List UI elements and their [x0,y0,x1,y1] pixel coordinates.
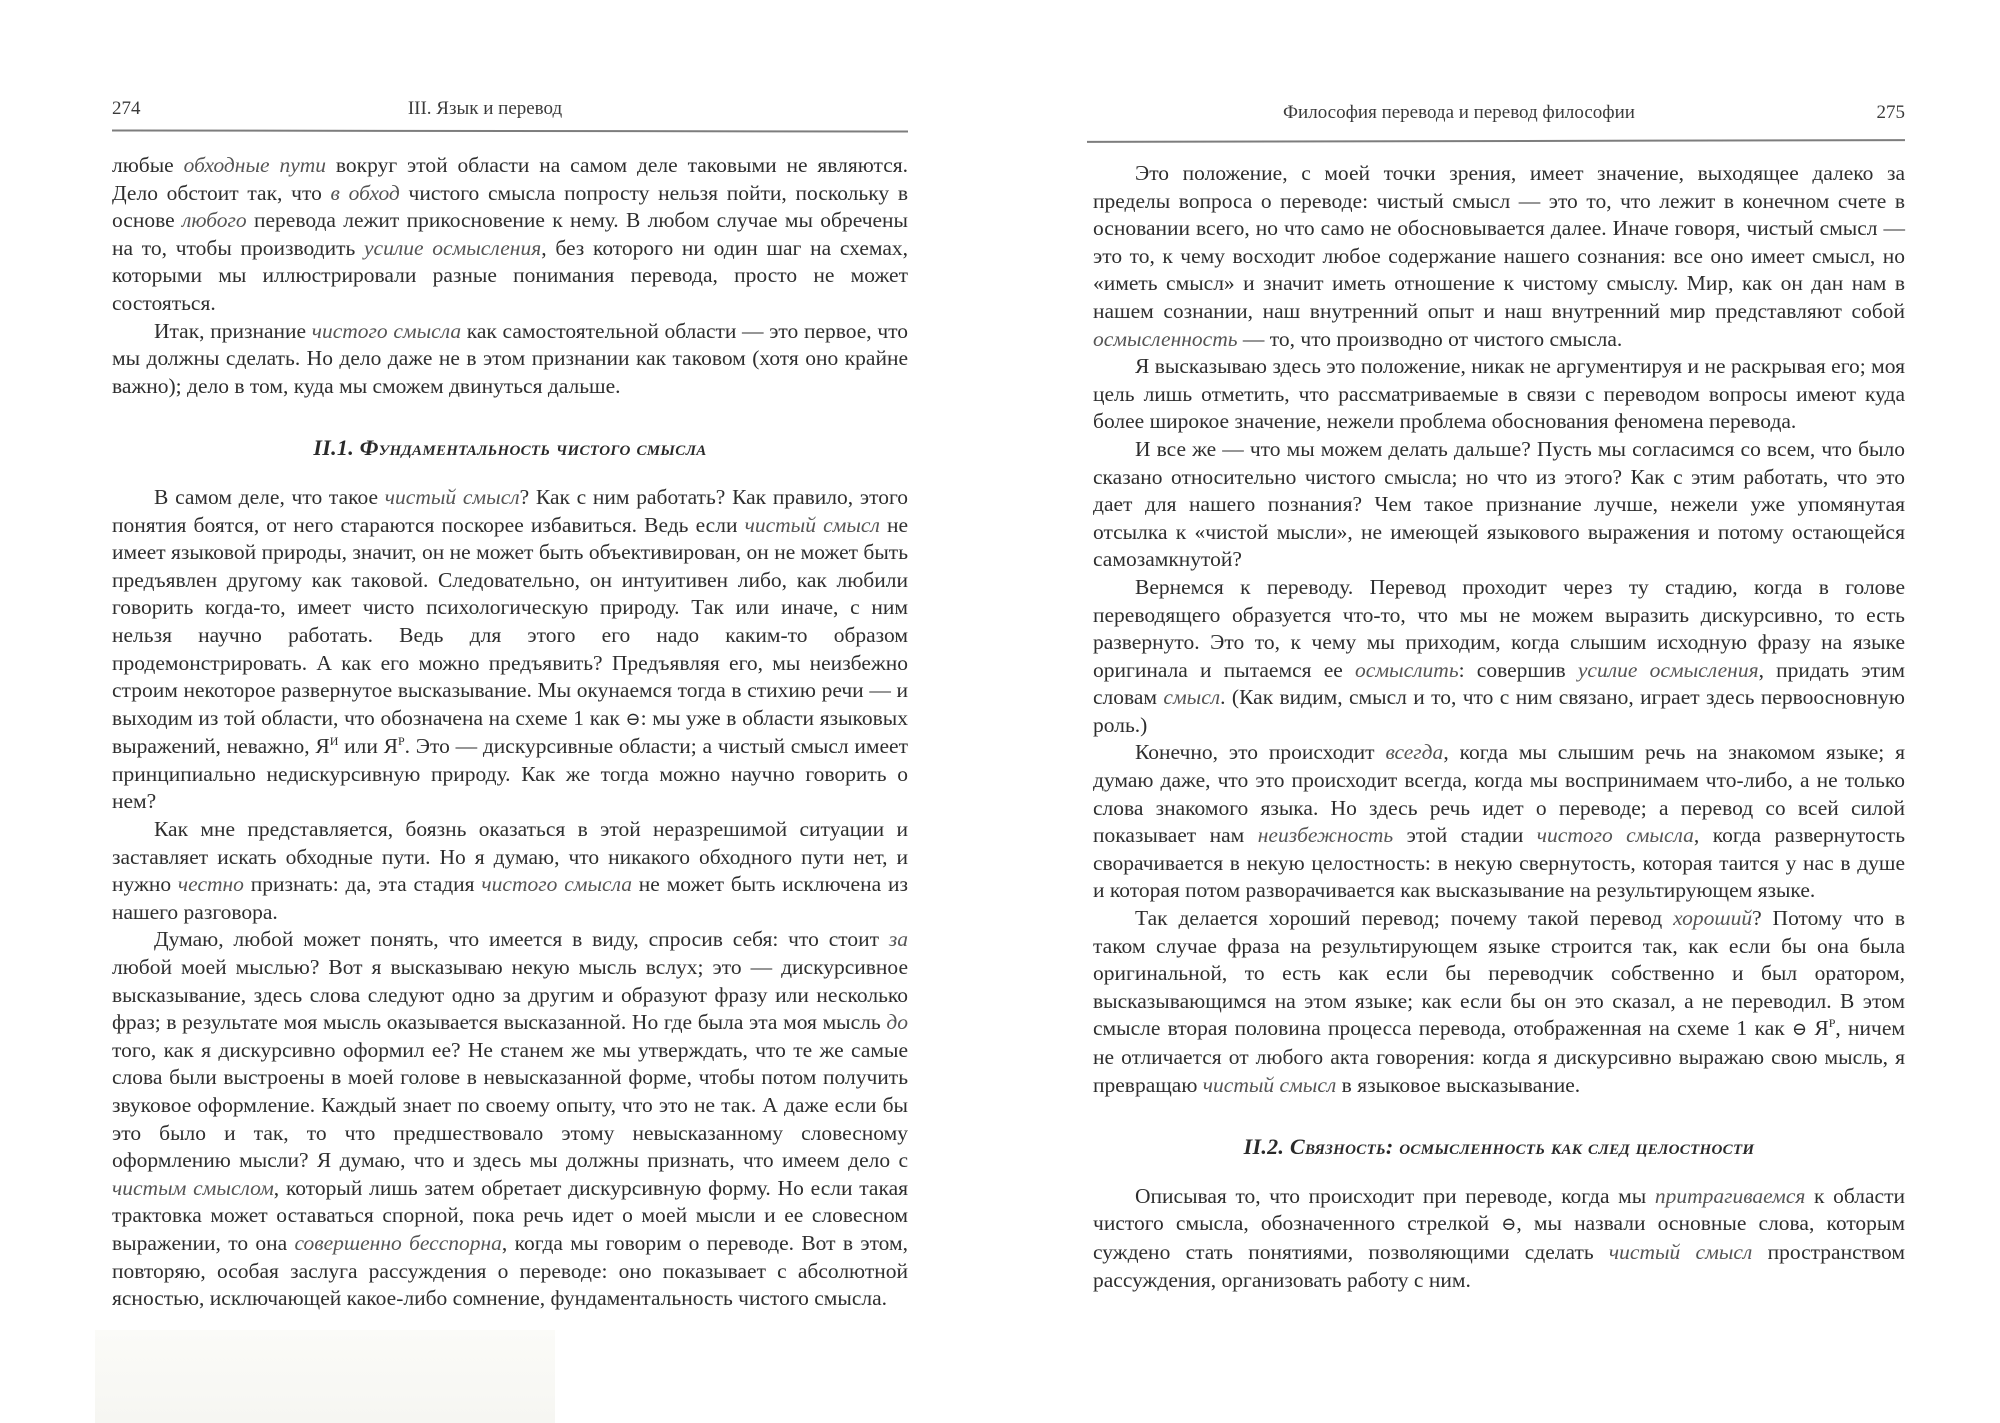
running-title: III. Язык и перевод [172,98,798,120]
text-run: или Я [338,734,398,758]
header-rule [1087,139,1905,143]
emphasis-text: чистый смысл [1609,1240,1752,1264]
emphasis-text: чистый смысл [745,513,880,537]
paragraph: любые обходные пути вокруг этой области … [112,152,908,318]
text-run: признать: да, эта стадия [244,872,481,896]
text-run: в языковое высказывание. [1336,1073,1580,1097]
text-run: Думаю, любой может понять, что имеется в… [154,927,889,951]
emphasis-text: притрагиваемся [1655,1184,1806,1208]
running-head-left: 274 III. Язык и перевод [112,98,908,128]
emphasis-text: до [886,1010,908,1034]
circled-arrow-icon: ⊖ [1501,1214,1516,1234]
text-run: не имеет языковой природы, значит, он не… [112,513,908,730]
emphasis-text: усилие осмысления [1578,658,1759,682]
page-number: 275 [1877,102,1906,124]
emphasis-text: за [889,927,908,951]
left-page: 274 III. Язык и перевод любые обходные п… [112,0,908,1423]
superscript: Р [398,734,405,748]
page-body: любые обходные пути вокруг этой области … [112,152,908,1313]
text-run: : совершив [1459,658,1578,682]
right-page: Философия перевода и перевод философии 2… [1093,0,1905,1423]
paragraph: Как мне представляется, боязнь оказаться… [112,816,908,926]
emphasis-text: усилие осмысления [364,236,541,260]
emphasis-text: чистого смысла [312,319,461,343]
emphasis-text: в обход [331,181,400,205]
emphasis-text: честно [178,872,244,896]
paragraph: Описывая то, что происходит при переводе… [1093,1183,1905,1294]
text-run: — то, что производно от чистого смысла. [1238,327,1623,351]
text-run: В самом деле, что такое [154,485,385,509]
text-run: Конечно, это происходит [1135,740,1385,764]
text-run: любые [112,153,184,177]
text-run: И все же — что мы можем делать дальше? П… [1093,437,1905,571]
page-body: Это положение, с моей точки зрения, имее… [1093,160,1905,1294]
text-run: Я [1807,1016,1829,1040]
text-run: Итак, признание [154,319,312,343]
running-title: Философия перевода и перевод философии [1113,102,1805,124]
emphasis-text: осмысленность [1093,327,1238,351]
emphasis-text: неизбежность [1258,823,1393,847]
text-run: Я высказываю здесь это положение, никак … [1093,354,1905,433]
emphasis-text: чистый смысл [385,485,520,509]
emphasis-text: чистым смыслом [112,1176,274,1200]
emphasis-text: хороший [1673,906,1752,930]
paragraph: Думаю, любой может понять, что имеется в… [112,926,908,1312]
circled-arrow-icon: ⊖ [626,709,641,729]
emphasis-text: любого [182,208,247,232]
paragraph: Вернемся к переводу. Перевод проходит че… [1093,574,1905,740]
emphasis-text: совершенно бесспорна [295,1231,502,1255]
paragraph: Конечно, это происходит всегда, когда мы… [1093,739,1905,905]
emphasis-text: осмыслить [1355,658,1459,682]
emphasis-text: чистого смысла [481,872,632,896]
running-head-right: Философия перевода и перевод философии 2… [1093,102,1905,132]
page-number: 274 [112,98,141,120]
header-rule [112,129,908,132]
emphasis-text: чистый смысл [1203,1073,1337,1097]
paragraph: Итак, признание чистого смысла как самос… [112,318,908,401]
paragraph: Так делается хороший перевод; почему так… [1093,905,1905,1099]
section-heading: II.2. Связность: осмысленность как след … [1093,1133,1905,1161]
paragraph: И все же — что мы можем делать дальше? П… [1093,436,1905,574]
emphasis-text: чистого смысла [1537,823,1694,847]
text-run: Так делается хороший перевод; почему так… [1135,906,1673,930]
circled-arrow-icon: ⊖ [1792,1019,1807,1039]
section-heading: II.1. Фундаментальность чистого смысла [112,434,908,462]
paragraph: В самом деле, что такое чистый смысл? Ка… [112,484,908,816]
emphasis-text: обходные пути [184,153,326,177]
text-run: того, как я дискурсивно оформил ее? Не с… [112,1038,908,1172]
emphasis-text: всегда [1385,740,1443,764]
emphasis-text: смысл [1163,685,1220,709]
text-run: Это положение, с моей точки зрения, имее… [1093,161,1905,323]
text-run: любой моей мыслью? Вот я высказываю неку… [112,955,908,1034]
text-run: этой стадии [1393,823,1537,847]
text-run: Описывая то, что происходит при переводе… [1135,1184,1655,1208]
paragraph: Это положение, с моей точки зрения, имее… [1093,160,1905,353]
paragraph: Я высказываю здесь это положение, никак … [1093,353,1905,436]
